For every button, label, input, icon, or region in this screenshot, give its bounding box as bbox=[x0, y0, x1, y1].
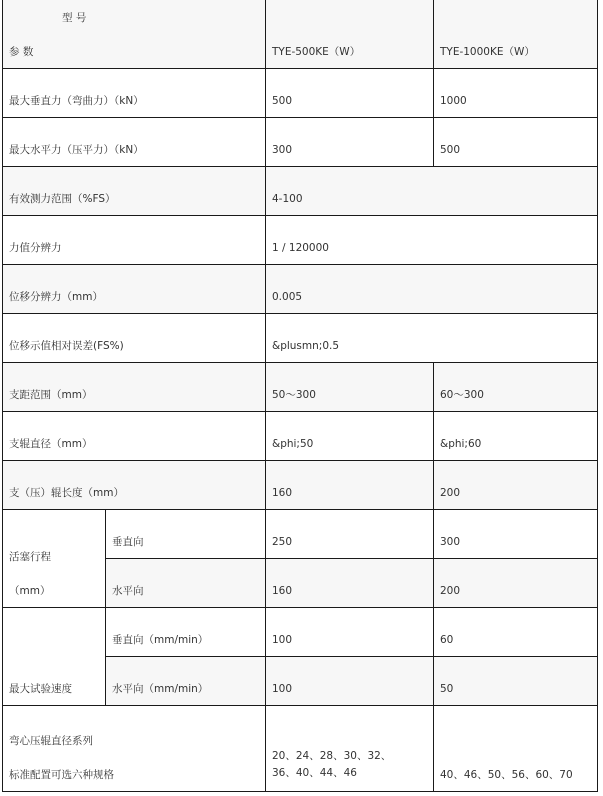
param-cell: 最大水平力（压平力）（kN） bbox=[3, 118, 266, 167]
piston-stroke-label-cell: 活塞行程 （mm） bbox=[3, 510, 106, 608]
piston-stroke-unit: （mm） bbox=[9, 584, 105, 598]
table-row: 有效测力范围（%FS） 4-100 bbox=[3, 167, 598, 216]
value-cell: 200 bbox=[434, 461, 598, 510]
eccentric-label: 弯心压辊直径系列 bbox=[9, 734, 265, 748]
sub-param-cell: 水平向 bbox=[106, 559, 266, 608]
value-cell: 100 bbox=[266, 657, 434, 706]
value-cell: 60 bbox=[434, 608, 598, 657]
table-row-piston-vertical: 活塞行程 （mm） 垂直向 250 300 bbox=[3, 510, 598, 559]
param-cell: 最大垂直力（弯曲力）（kN） bbox=[3, 69, 266, 118]
table-row: 位移分辨力（mm） 0.005 bbox=[3, 265, 598, 314]
value-cell: &phi;50 bbox=[266, 412, 434, 461]
value-cell: 100 bbox=[266, 608, 434, 657]
param-cell: 支辊直径（mm） bbox=[3, 412, 266, 461]
table-row-speed-vertical: 最大试验速度 垂直向（mm/min） 100 60 bbox=[3, 608, 598, 657]
header-param-model-cell: 型 号 参 数 bbox=[3, 0, 266, 69]
piston-stroke-label: 活塞行程 bbox=[9, 550, 105, 564]
param-cell: 位移示值相对误差(FS%) bbox=[3, 314, 266, 363]
merged-value-cell: &plusmn;0.5 bbox=[266, 314, 598, 363]
table-row: 支（压）辊长度（mm） 160 200 bbox=[3, 461, 598, 510]
value-cell: 500 bbox=[434, 118, 598, 167]
table-row: 力值分辨力 1 / 120000 bbox=[3, 216, 598, 265]
sub-param-cell: 垂直向 bbox=[106, 510, 266, 559]
param-cell: 支距范围（mm） bbox=[3, 363, 266, 412]
param-label: 参 数 bbox=[9, 45, 265, 59]
model-label: 型 号 bbox=[9, 11, 265, 25]
model-header-500: TYE-500KE（W） bbox=[266, 0, 434, 69]
table-row: 支距范围（mm） 50～300 60～300 bbox=[3, 363, 598, 412]
value-cell: 40、46、50、56、60、70 bbox=[434, 706, 598, 792]
max-speed-label: 最大试验速度 bbox=[3, 608, 106, 706]
value-cell: 160 bbox=[266, 461, 434, 510]
merged-value-cell: 0.005 bbox=[266, 265, 598, 314]
table-row-eccentric: 弯心压辊直径系列 标准配置可选六种规格 20、24、28、30、32、36、40… bbox=[3, 706, 598, 792]
value-cell: 200 bbox=[434, 559, 598, 608]
value-cell: 50～300 bbox=[266, 363, 434, 412]
table-row: 支辊直径（mm） &phi;50 &phi;60 bbox=[3, 412, 598, 461]
table-row: 位移示值相对误差(FS%) &plusmn;0.5 bbox=[3, 314, 598, 363]
value-cell: 500 bbox=[266, 69, 434, 118]
sub-param-cell: 垂直向（mm/min） bbox=[106, 608, 266, 657]
value-cell: 300 bbox=[266, 118, 434, 167]
value-cell: 300 bbox=[434, 510, 598, 559]
sub-param-cell: 水平向（mm/min） bbox=[106, 657, 266, 706]
spec-table: 型 号 参 数 TYE-500KE（W） TYE-1000KE（W） 最大垂直力… bbox=[2, 0, 598, 792]
param-cell: 有效测力范围（%FS） bbox=[3, 167, 266, 216]
table-row: 最大垂直力（弯曲力）（kN） 500 1000 bbox=[3, 69, 598, 118]
value-cell: 20、24、28、30、32、36、40、44、46 bbox=[266, 706, 434, 792]
model-header-1000: TYE-1000KE（W） bbox=[434, 0, 598, 69]
value-cell: 50 bbox=[434, 657, 598, 706]
param-cell: 支（压）辊长度（mm） bbox=[3, 461, 266, 510]
eccentric-label-cell: 弯心压辊直径系列 标准配置可选六种规格 bbox=[3, 706, 266, 792]
param-cell: 位移分辨力（mm） bbox=[3, 265, 266, 314]
merged-value-cell: 4-100 bbox=[266, 167, 598, 216]
value-cell: 160 bbox=[266, 559, 434, 608]
value-cell: &phi;60 bbox=[434, 412, 598, 461]
header-row: 型 号 参 数 TYE-500KE（W） TYE-1000KE（W） bbox=[3, 0, 598, 69]
value-cell: 1000 bbox=[434, 69, 598, 118]
value-cell: 60～300 bbox=[434, 363, 598, 412]
table-row: 最大水平力（压平力）（kN） 300 500 bbox=[3, 118, 598, 167]
param-cell: 力值分辨力 bbox=[3, 216, 266, 265]
value-cell: 250 bbox=[266, 510, 434, 559]
eccentric-sublabel: 标准配置可选六种规格 bbox=[9, 768, 265, 782]
merged-value-cell: 1 / 120000 bbox=[266, 216, 598, 265]
